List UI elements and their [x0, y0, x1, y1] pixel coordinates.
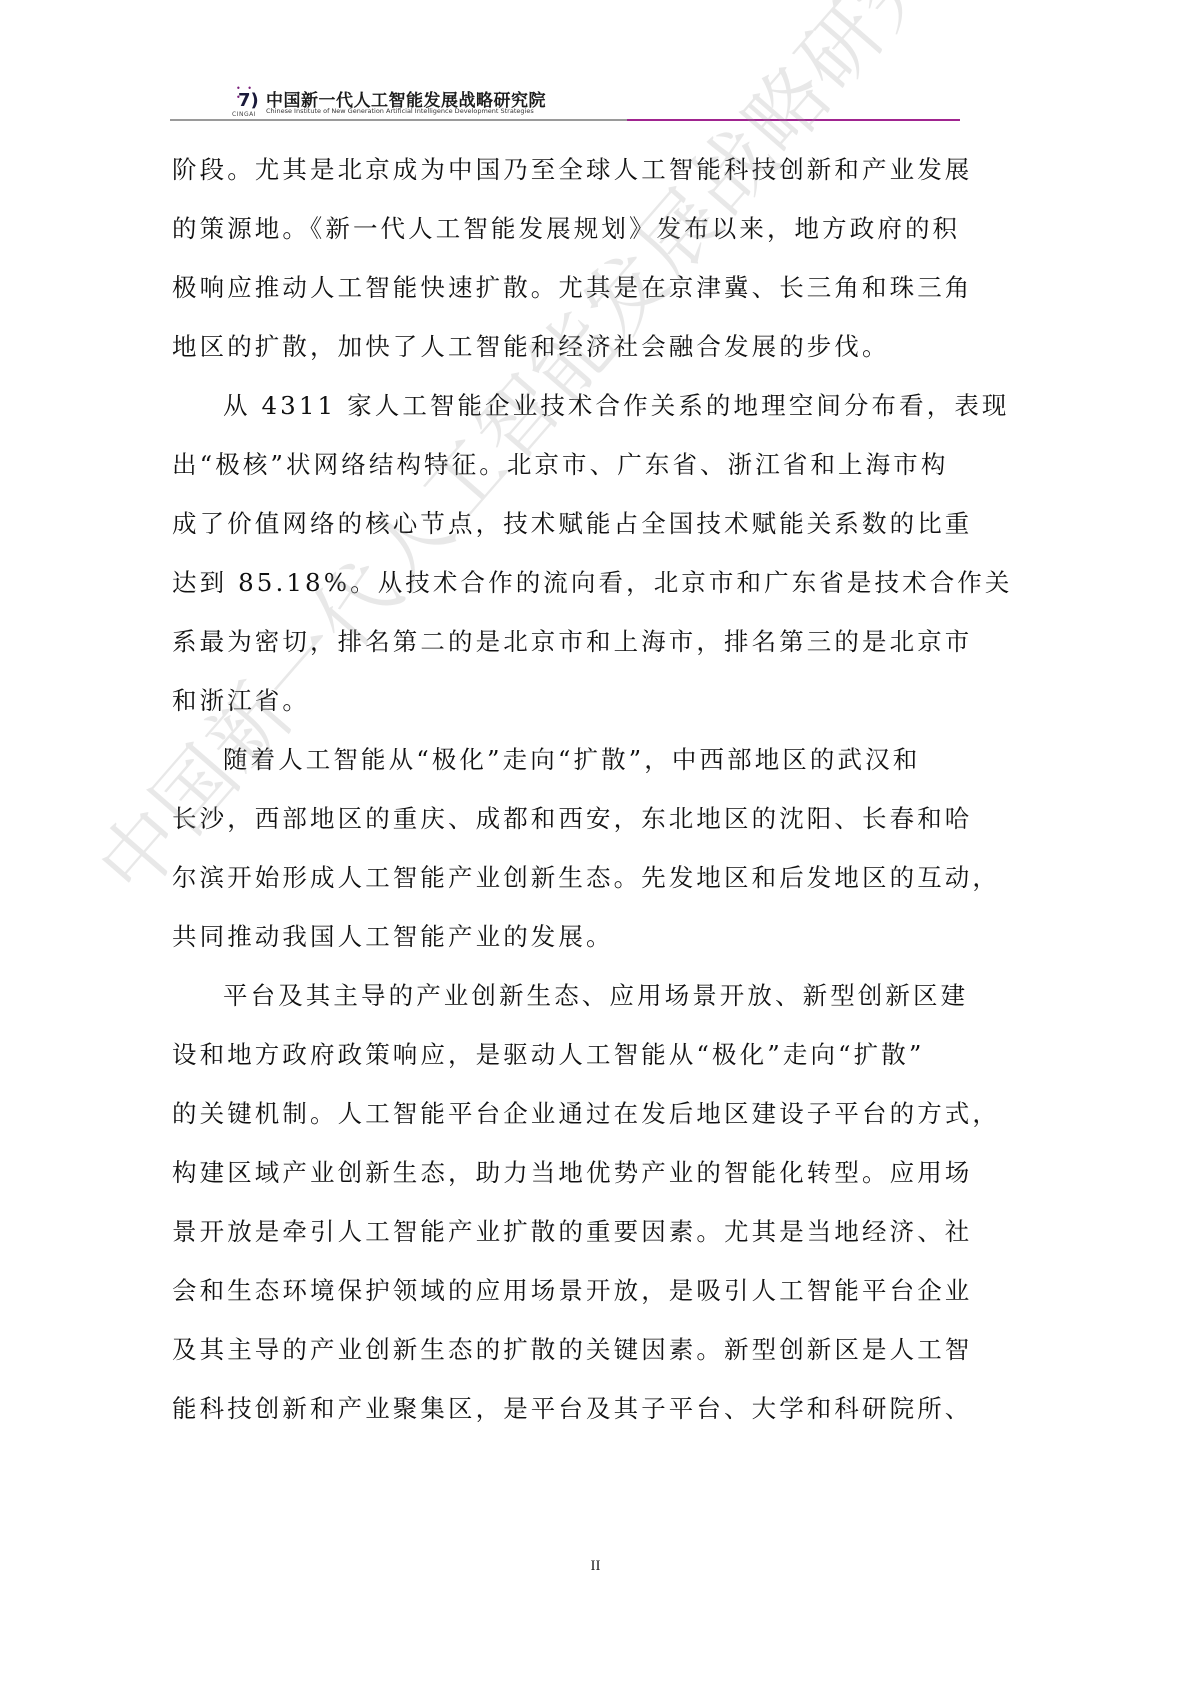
text-line: 和浙江省。 [172, 671, 962, 730]
body-text: 阶段。尤其是北京成为中国乃至全球人工智能科技创新和产业发展 的策源地。《新一代人… [172, 140, 962, 1438]
institute-subtitle: Chinese Institute of New Generation Arti… [266, 107, 534, 115]
text-line: 构建区域产业创新生态，助力当地优势产业的智能化转型。应用场 [172, 1143, 962, 1202]
text-line-wrap: 平台及其主导的产业创新生态、应用场景开放、新型创新区建 [172, 966, 962, 1025]
paragraph-4: 平台及其主导的产业创新生态、应用场景开放、新型创新区建 设和地方政府政策响应，是… [172, 966, 962, 1438]
text-line: 随着人工智能从“极化”走向“扩散”，中西部地区的武汉和 [223, 745, 920, 774]
text-line: 达到 85.18%。从技术合作的流向看，北京市和广东省是技术合作关 [172, 553, 962, 612]
institute-logo: • • • 7) CINGAI [232, 84, 262, 118]
text-line: 景开放是牵引人工智能产业扩散的重要因素。尤其是当地经济、社 [172, 1202, 962, 1261]
text-line: 阶段。尤其是北京成为中国乃至全球人工智能科技创新和产业发展 [172, 140, 962, 199]
text-line: 设和地方政府政策响应，是驱动人工智能从“极化”走向“扩散” [172, 1025, 962, 1084]
text-line: 从 4311 家人工智能企业技术合作关系的地理空间分布看，表现 [223, 391, 1010, 420]
text-line: 长沙，西部地区的重庆、成都和西安，东北地区的沈阳、长春和哈 [172, 789, 962, 848]
paragraph-2: 从 4311 家人工智能企业技术合作关系的地理空间分布看，表现 出“极核”状网络… [172, 376, 962, 730]
page-number: II [0, 1558, 1191, 1575]
text-line: 极响应推动人工智能快速扩散。尤其是在京津冀、长三角和珠三角 [172, 258, 962, 317]
text-line: 成了价值网络的核心节点，技术赋能占全国技术赋能关系数的比重 [172, 494, 962, 553]
text-line: 出“极核”状网络结构特征。北京市、广东省、浙江省和上海市构 [172, 435, 962, 494]
logo-abbreviation: CINGAI [232, 111, 256, 118]
paragraph-1: 阶段。尤其是北京成为中国乃至全球人工智能科技创新和产业发展 的策源地。《新一代人… [172, 140, 962, 376]
text-line: 及其主导的产业创新生态的扩散的关键因素。新型创新区是人工智 [172, 1320, 962, 1379]
document-header: • • • 7) CINGAI 中国新一代人工智能发展战略研究院 Chinese… [170, 80, 960, 120]
text-line: 能科技创新和产业聚集区，是平台及其子平台、大学和科研院所、 [172, 1379, 962, 1438]
text-line: 的策源地。《新一代人工智能发展规划》发布以来，地方政府的积 [172, 199, 962, 258]
text-line-wrap: 随着人工智能从“极化”走向“扩散”，中西部地区的武汉和 [172, 730, 962, 789]
header-divider-accent [627, 119, 960, 121]
text-line: 尔滨开始形成人工智能产业创新生态。先发地区和后发地区的互动， [172, 848, 962, 907]
text-line-wrap: 从 4311 家人工智能企业技术合作关系的地理空间分布看，表现 [172, 376, 962, 435]
logo-mark-icon: 7) [238, 90, 259, 111]
text-line: 共同推动我国人工智能产业的发展。 [172, 907, 962, 966]
text-line: 会和生态环境保护领域的应用场景开放，是吸引人工智能平台企业 [172, 1261, 962, 1320]
text-line: 系最为密切，排名第二的是北京市和上海市，排名第三的是北京市 [172, 612, 962, 671]
text-line: 的关键机制。人工智能平台企业通过在发后地区建设子平台的方式， [172, 1084, 962, 1143]
text-line: 地区的扩散，加快了人工智能和经济社会融合发展的步伐。 [172, 317, 962, 376]
text-line: 平台及其主导的产业创新生态、应用场景开放、新型创新区建 [223, 981, 968, 1010]
paragraph-3: 随着人工智能从“极化”走向“扩散”，中西部地区的武汉和 长沙，西部地区的重庆、成… [172, 730, 962, 966]
